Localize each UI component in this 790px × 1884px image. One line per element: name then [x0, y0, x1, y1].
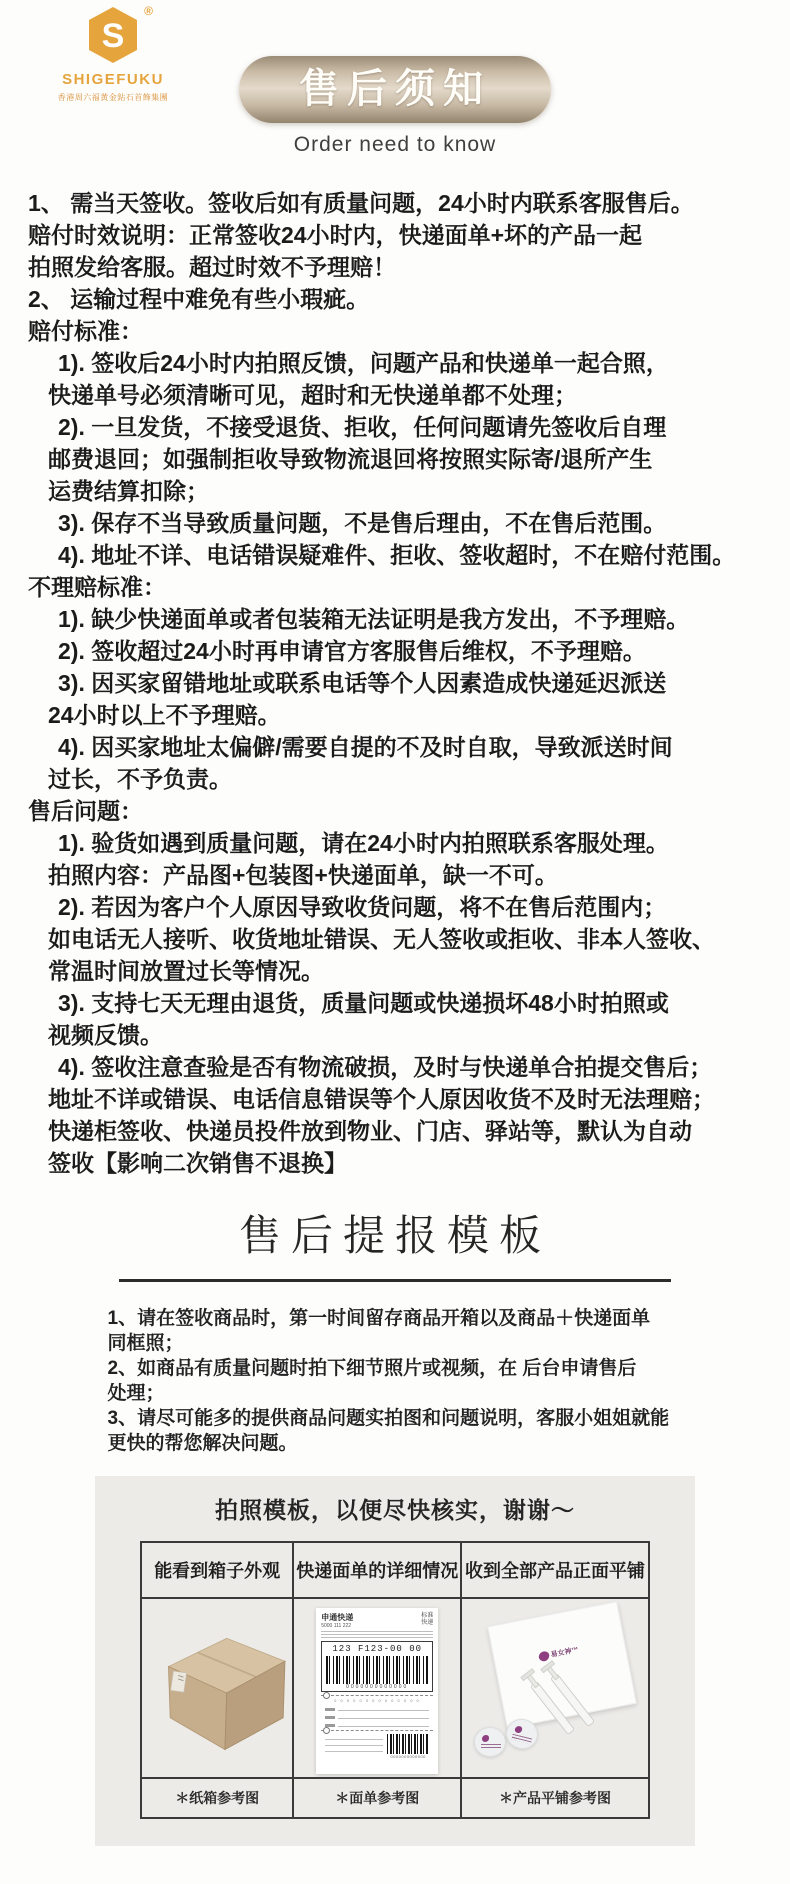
product-brand-name: 易女神™: [550, 1645, 579, 1660]
dashed-separator-2: [321, 1730, 433, 1731]
punch-hole-icon-2: [323, 1727, 330, 1734]
address-field: [325, 1714, 429, 1719]
template-line: 2、如商品有质量问题时拍下细节照片或视频，在 后台申请售后: [108, 1356, 683, 1381]
template-section-title: 售后提报模板: [0, 1203, 790, 1263]
notice-line: 赔付标准：: [28, 315, 762, 347]
notice-line: 运费结算扣除；: [48, 475, 762, 507]
divider-line: [119, 1279, 671, 1282]
shipping-label-image: 申通快递 5000 111 222 标准 快递 123 F123-00 00: [293, 1598, 461, 1778]
micro-digits-row: 0 0 0 0 0 0 0 0 0 0 0 0 0 0: [321, 1698, 433, 1703]
brand-tagline: 香港周六福黃金鉆石首飾集團: [38, 92, 188, 103]
phone-field: [325, 1722, 429, 1727]
product-brand-logo: 易女神™: [538, 1645, 579, 1662]
page-subtitle: Order need to know: [0, 133, 790, 157]
caption-box: ＊纸箱参考图: [141, 1778, 293, 1818]
butterfly-logo-icon: [538, 1650, 550, 1662]
notice-line: 赔付时效说明：正常签收24小时内，快递面单+坏的产品一起: [28, 219, 762, 251]
template-line: 3、请尽可能多的提供商品问题实拍图和问题说明，客服小姐姐就能: [108, 1406, 683, 1431]
dashed-separator: [321, 1695, 433, 1696]
notice-line: 快递单号必须清晰可见，超时和无快递单都不处理；: [48, 379, 762, 411]
column-header-label: 快递面单的详细情况: [293, 1542, 461, 1598]
label-code: 5000 111 222: [321, 1623, 353, 1629]
template-line: 同框照；: [108, 1331, 683, 1356]
notice-line: 1). 验货如遇到质量问题，请在24小时内拍照联系客服处理。: [58, 827, 762, 859]
notice-line: 1、 需当天签收。签收后如有质量问题，24小时内联系客服售后。: [28, 187, 762, 219]
barcode-icon: [326, 1656, 428, 1684]
service-type-line1: 标准: [421, 1613, 433, 1620]
label-header: 申通快递 5000 111 222 标准 快递: [321, 1613, 433, 1629]
photo-box-title: 拍照模板，以便尽快核实，谢谢～: [95, 1492, 695, 1525]
table-header-row: 能看到箱子外观 快递面单的详细情况 收到全部产品正面平铺: [141, 1542, 649, 1598]
courier-name: 申通快递: [321, 1613, 353, 1622]
notice-line: 2、 运输过程中难免有些小瑕疵。: [28, 283, 762, 315]
notice-line: 视频反馈。: [48, 1019, 762, 1051]
notice-line: 24小时以上不予理赔。: [48, 699, 762, 731]
product-package-sheet: 易女神™: [487, 1601, 636, 1728]
small-barcode-digits: 0000000000000: [387, 1754, 429, 1759]
table-caption-row: ＊纸箱参考图 ＊面单参考图 ＊产品平铺参考图: [141, 1778, 649, 1818]
service-type-line2: 快递: [421, 1620, 433, 1627]
notice-line: 售后问题：: [28, 795, 762, 827]
small-barcode-icon: [387, 1734, 429, 1754]
notice-line: 4). 地址不详、电话错误疑难件、拒收、签收超时，不在赔付范围。: [58, 539, 762, 571]
notice-line: 2). 一旦发货，不接受退货、拒收，任何问题请先签收后自理: [58, 411, 762, 443]
notice-line: 过长，不予负责。: [48, 763, 762, 795]
photo-template-table: 能看到箱子外观 快递面单的详细情况 收到全部产品正面平铺: [140, 1541, 650, 1819]
template-line: 1、请在签收商品时，第一时间留存商品开箱以及商品＋快递面单: [108, 1306, 683, 1331]
notice-line: 常温时间放置过长等情况。: [48, 955, 762, 987]
notice-line: 4). 签收注意查验是否有物流破损，及时与快递单合拍提交售后；: [58, 1051, 762, 1083]
notice-line: 2). 签收超过24小时再申请官方客服售后维权，不予理赔。: [58, 635, 762, 667]
tracking-frame: 123 F123-00 00 0000000000000: [321, 1641, 433, 1692]
page-title-banner: 售后须知: [239, 56, 551, 123]
barcode-digits: 0000000000000: [322, 1684, 432, 1690]
photo-template-box: 拍照模板，以便尽快核实，谢谢～ 能看到箱子外观 快递面单的详细情况 收到全部产品…: [95, 1476, 695, 1846]
notice-line: 签收【影响二次销售不退换】: [48, 1147, 762, 1179]
svg-text:S: S: [102, 17, 125, 55]
hexagon-s-logo-icon: S ®: [87, 6, 139, 69]
cardboard-box-image: [141, 1598, 293, 1778]
notice-line: 2). 若因为客户个人原因导致收货问题，将不在售后范围内；: [58, 891, 762, 923]
blister-pod-icon: [474, 1727, 506, 1757]
product-flatlay-image: 易女神™: [461, 1598, 649, 1778]
caption-label: ＊面单参考图: [293, 1778, 461, 1818]
column-header-box: 能看到箱子外观: [141, 1542, 293, 1598]
brand-name: SHIGEFUKU: [38, 71, 188, 88]
notice-line: 如电话无人接听、收货地址错误、无人签收或拒收、非本人签收、: [48, 923, 762, 955]
aftersales-notice-page: S ® SHIGEFUKU 香港周六福黃金鉆石首飾集團 售后须知 Order n…: [0, 0, 790, 1884]
template-line: 更快的帮您解决问题。: [108, 1431, 683, 1456]
shipping-label-icon: 申通快递 5000 111 222 标准 快递 123 F123-00 00: [316, 1608, 438, 1774]
notice-line: 3). 因买家留错地址或联系电话等个人因素造成快递延迟派送: [58, 667, 762, 699]
template-line: 处理；: [108, 1381, 683, 1406]
notice-line: 邮费退回；如强制拒收导致物流退回将按照实际寄/退所产生: [48, 443, 762, 475]
template-instructions: 1、请在签收商品时，第一时间留存商品开箱以及商品＋快递面单同框照；2、如商品有质…: [108, 1306, 683, 1456]
cardboard-box-icon: [142, 1606, 292, 1766]
notice-line: 3). 支持七天无理由退货，质量问题或快递损坏48小时拍照或: [58, 987, 762, 1019]
notice-line: 拍照内容：产品图+包装图+快递面单，缺一不可。: [48, 859, 762, 891]
label-footer: 0000000000000: [325, 1734, 429, 1759]
notice-line: 1). 签收后24小时内拍照反馈，问题产品和快递单一起合照，: [58, 347, 762, 379]
aftersales-notice-text: 1、 需当天签收。签收后如有质量问题，24小时内联系客服售后。赔付时效说明：正常…: [0, 187, 790, 1179]
notice-line: 快递柜签收、快递员投件放到物业、门店、驿站等，默认为自动: [48, 1115, 762, 1147]
brand-logo: S ® SHIGEFUKU 香港周六福黃金鉆石首飾集團: [38, 6, 188, 103]
notice-line: 4). 因买家地址太偏僻/需要自提的不及时自取，导致派送时间: [58, 731, 762, 763]
table-image-row: 申通快递 5000 111 222 标准 快递 123 F123-00 00: [141, 1598, 649, 1778]
label-fineprint: [321, 1631, 433, 1639]
notice-line: 拍照发给客服。超过时效不予理赔！: [28, 251, 762, 283]
notice-line: 3). 保存不当导致质量问题，不是售后理由，不在售后范围。: [58, 507, 762, 539]
caption-flatlay: ＊产品平铺参考图: [461, 1778, 649, 1818]
recipient-field: [325, 1706, 429, 1711]
notice-line: 不理赔标准：: [28, 571, 762, 603]
notice-line: 1). 缺少快递面单或者包装箱无法证明是我方发出，不予理赔。: [58, 603, 762, 635]
notice-line: 地址不详或错误、电话信息错误等个人原因收货不及时无法理赔；: [48, 1083, 762, 1115]
registered-trademark-icon: ®: [144, 4, 153, 18]
column-header-flatlay: 收到全部产品正面平铺: [461, 1542, 649, 1598]
tracking-number: 123 F123-00 00: [322, 1644, 432, 1654]
